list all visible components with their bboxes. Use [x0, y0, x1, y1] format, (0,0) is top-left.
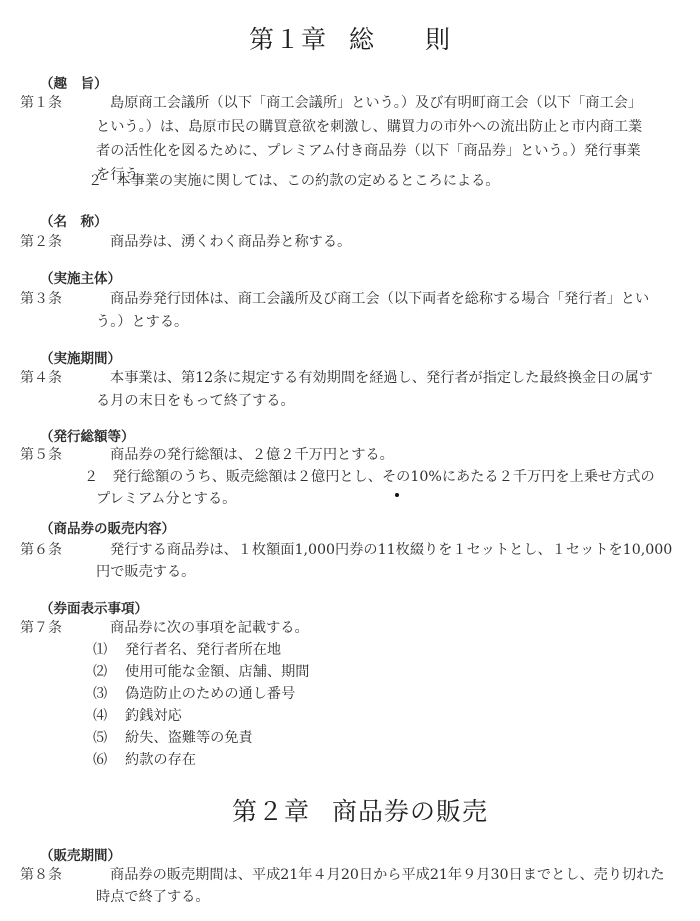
chapter-2-title-text: 商品券の販売	[332, 797, 488, 826]
item-number: ⑶	[93, 683, 125, 703]
item-number: ⑸	[93, 727, 125, 747]
article-3-label: 第３条	[20, 288, 62, 308]
article-3-line-1: 商品券発行団体は、商工会議所及び商工会（以下両者を総称する場合「発行者」とい	[110, 288, 649, 308]
article-6-label: 第６条	[20, 539, 62, 559]
item-text: 紛失、盗難等の免責	[125, 730, 253, 746]
article-7-item-3: ⑶偽造防止のための通し番号	[93, 683, 295, 703]
article-5-line-1: 商品券の発行総額は、２億２千万円とする。	[110, 444, 394, 464]
item-text: 発行者名、発行者所在地	[125, 642, 281, 658]
article-4-heading: （実施期間）	[40, 347, 121, 367]
article-3-heading: （実施主体）	[40, 267, 121, 287]
article-6-line-2: 円で販売する。	[96, 561, 195, 581]
article-2-heading: （名 称）	[40, 210, 108, 230]
item-text: 使用可能な金額、店舗、期間	[125, 664, 309, 680]
article-8-line-1: 商品券の販売期間は、平成21年４月20日から平成21年９月30日までとし、売り切…	[110, 864, 665, 884]
article-7-item-2: ⑵使用可能な金額、店舗、期間	[93, 661, 309, 681]
article-8-label: 第８条	[20, 864, 62, 884]
item-text: 偽造防止のための通し番号	[125, 686, 295, 702]
article-7-label: 第７条	[20, 617, 62, 637]
item-text: 約款の存在	[125, 752, 196, 768]
article-8-line-2: 時点で終了する。	[96, 886, 210, 906]
article-5-heading: （発行総額等）	[40, 425, 135, 445]
chapter-1-title-part-1: 総	[349, 25, 375, 54]
article-1-heading: （趣 旨）	[40, 72, 108, 92]
article-7-line-1: 商品券に次の事項を記載する。	[110, 617, 309, 637]
article-1-label: 第１条	[20, 92, 62, 112]
item-number: ⑹	[93, 749, 125, 769]
article-2-label: 第２条	[20, 231, 62, 251]
chapter-2-title: 第２章商品券の販売	[0, 792, 700, 828]
article-7-item-6: ⑹約款の存在	[93, 749, 196, 769]
article-5-paragraph-2-line-2: プレミアム分とする。	[96, 488, 236, 508]
item-text: 釣銭対応	[125, 708, 182, 724]
article-3-line-2: う。）とする。	[96, 311, 188, 331]
article-4-line-2: る月の末日をもって終了する。	[96, 390, 295, 410]
article-4-label: 第４条	[20, 367, 62, 387]
item-number: ⑷	[93, 705, 125, 725]
article-6-line-1: 発行する商品券は、１枚額面1,000円券の11枚綴りを１セットとし、１セットを1…	[110, 539, 672, 559]
article-5-paragraph-2-line-1: ２ 発行総額のうち、販売総額は２億円とし、その10%にあたる２千万円を上乗せ方式…	[84, 466, 655, 486]
chapter-1-title-part-2: 則	[425, 25, 451, 54]
article-5-label: 第５条	[20, 444, 62, 464]
article-1-line-1: 島原商工会議所（以下「商工会議所」という。）及び有明町商工会（以下「商工会」	[110, 92, 642, 112]
article-6-heading: （商品券の販売内容）	[40, 517, 175, 537]
article-1-line-2: という。）は、島原市民の購買意欲を刺激し、購買力の市外への流出防止と市内商工業	[96, 116, 642, 136]
article-1-paragraph-2: ２ 本事業の実施に関しては、この約款の定めるところによる。	[88, 170, 499, 190]
article-7-item-1: ⑴発行者名、発行者所在地	[93, 639, 281, 659]
chapter-1-title: 第１章総則	[0, 20, 700, 56]
article-7-item-5: ⑸紛失、盗難等の免責	[93, 727, 253, 747]
item-number: ⑴	[93, 639, 125, 659]
article-1-line-3: 者の活性化を図るために、プレミアム付き商品券（以下「商品券」という。）発行事業	[96, 140, 641, 160]
article-4-line-1: 本事業は、第12条に規定する有効期間を経過し、発行者が指定した最終換金日の属す	[110, 367, 653, 387]
item-number: ⑵	[93, 661, 125, 681]
article-7-item-4: ⑷釣銭対応	[93, 705, 182, 725]
scan-speck	[395, 493, 399, 497]
chapter-1-number: 第１章	[249, 25, 327, 54]
article-2-line-1: 商品券は、湧くわく商品券と称する。	[110, 231, 351, 251]
article-7-heading: （券面表示事項）	[40, 597, 148, 617]
chapter-2-number: 第２章	[232, 797, 310, 826]
article-8-heading: （販売期間）	[40, 844, 121, 864]
